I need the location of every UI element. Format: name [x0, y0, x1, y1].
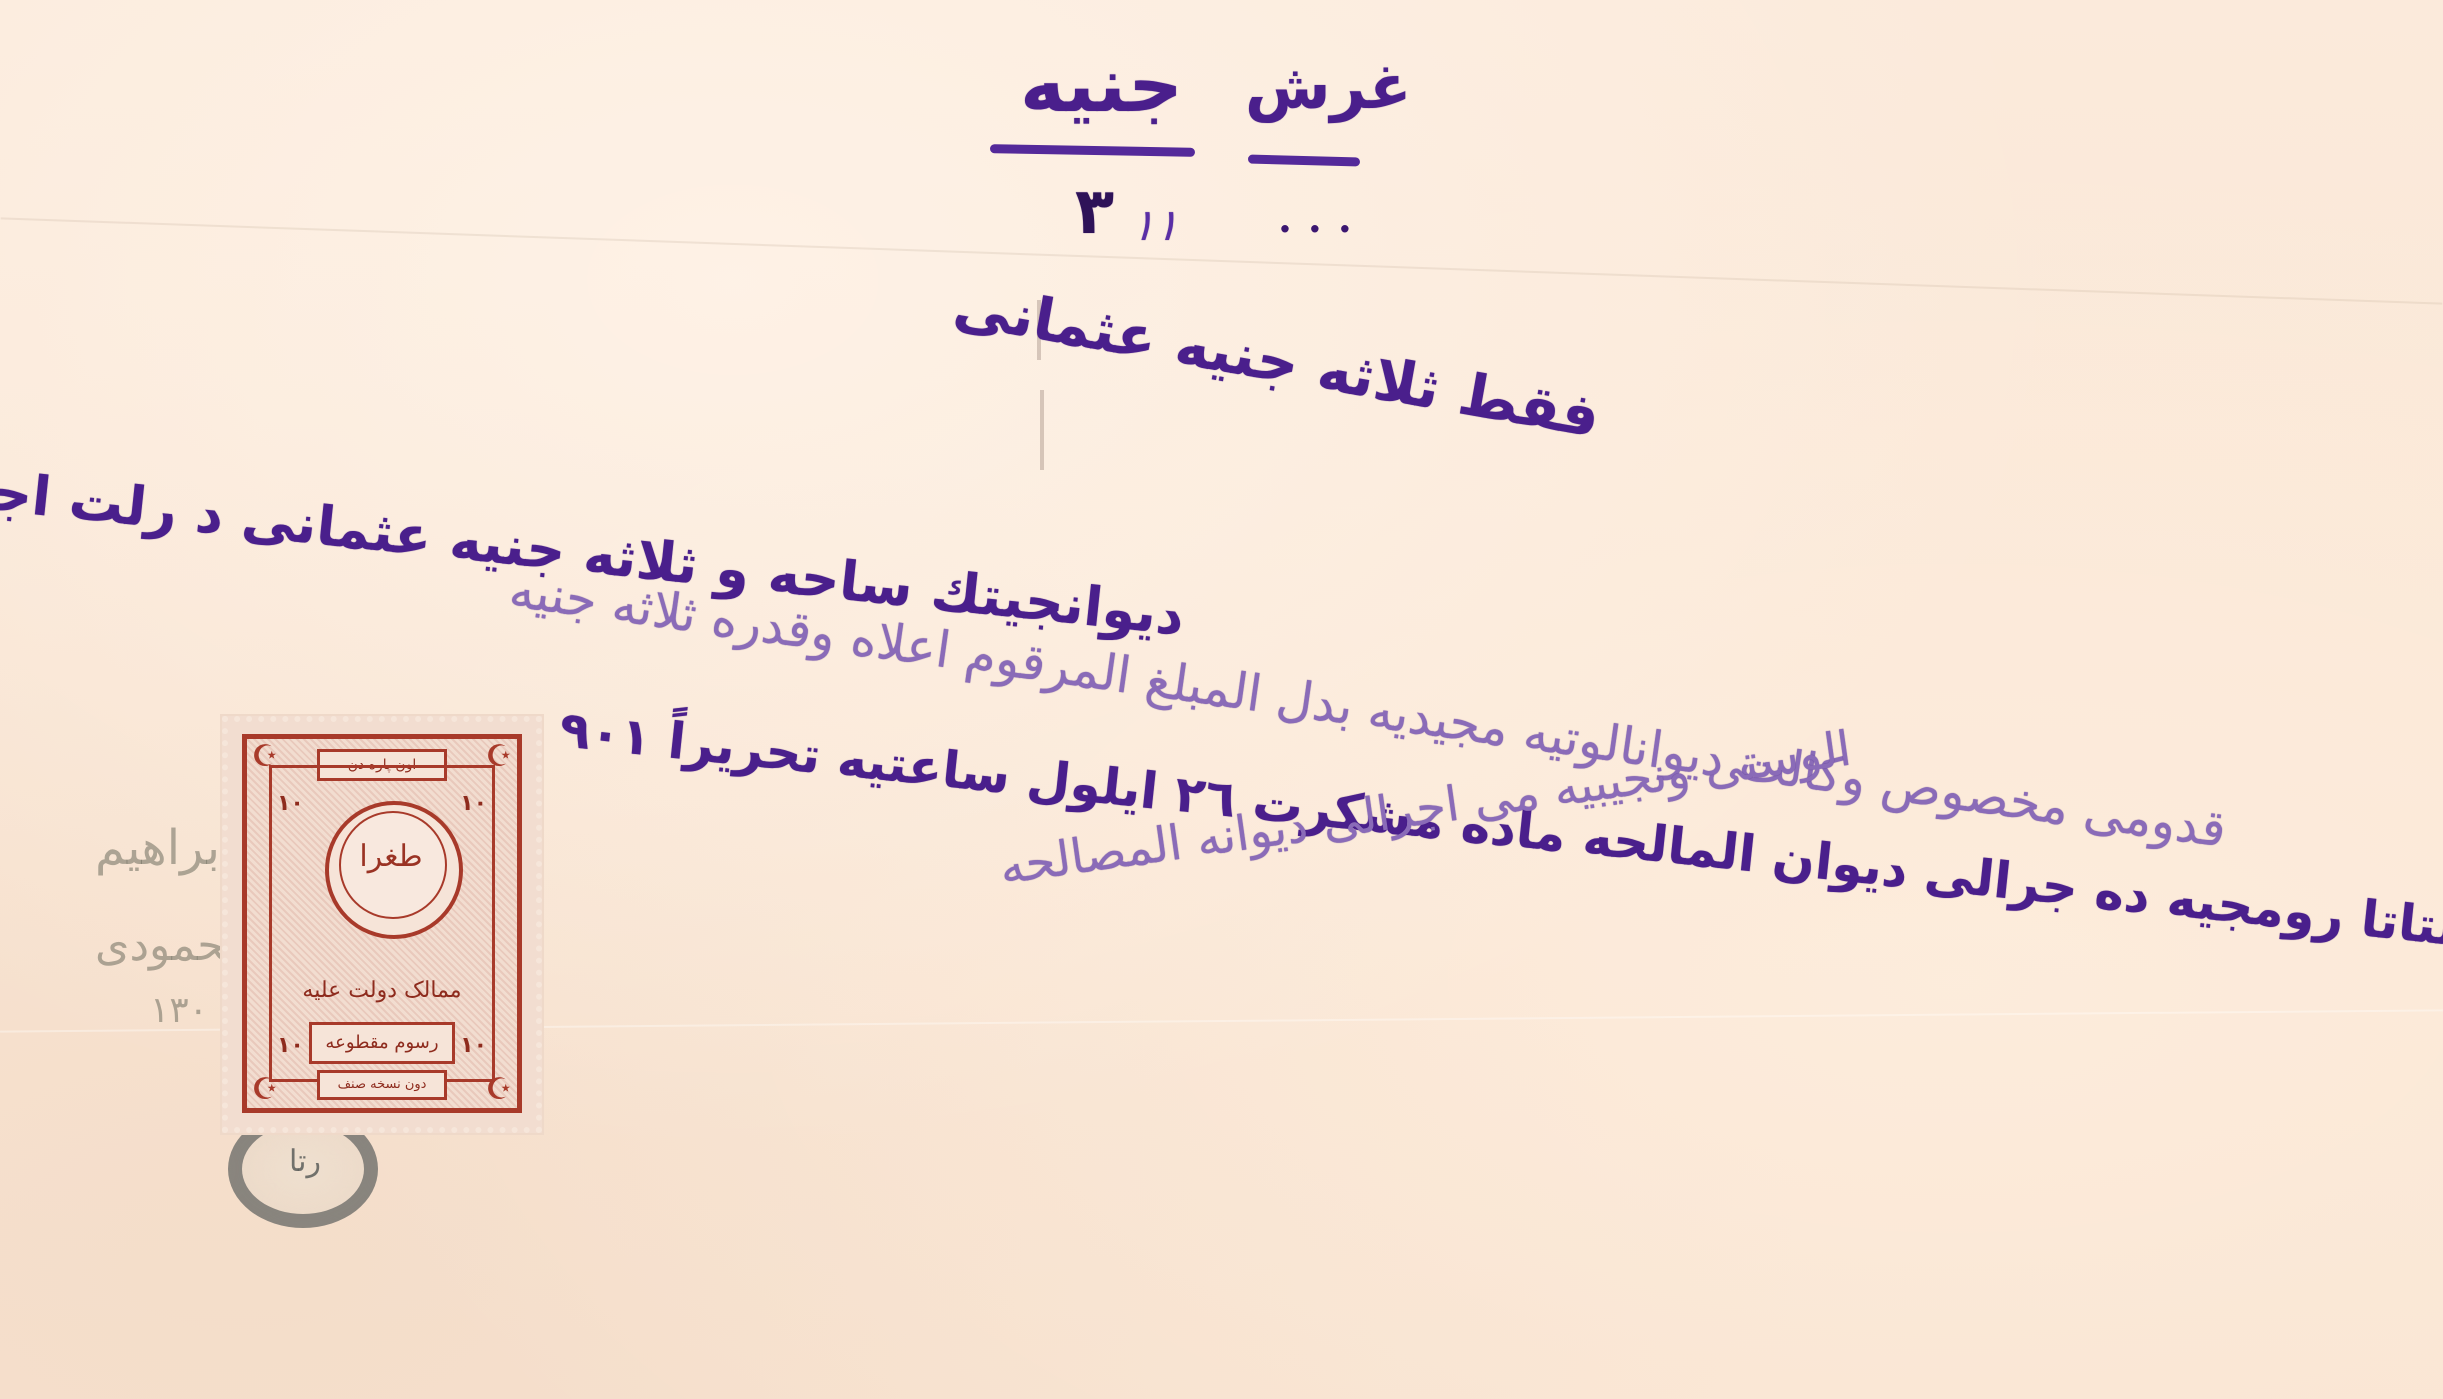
- stamp-value-top-left: ١٠: [277, 791, 304, 816]
- stamp-label: رسوم مقطوعه: [309, 1022, 455, 1064]
- stamp-border: ☪ ☪ ☪ ☪ اون پاره دن ١٠ ١٠ ١٠ ١٠ طغرا مما…: [242, 734, 522, 1113]
- header-amount-right: ...: [1278, 195, 1368, 242]
- paper-fiber: [1040, 390, 1044, 470]
- stamp-value-bottom-right: ١٠: [460, 1033, 487, 1058]
- stamp-bottom-band: دون نسخه صنف: [317, 1070, 447, 1100]
- seal-line-3: ١٣٠: [150, 990, 208, 1031]
- stamp-value-top-right: ١٠: [460, 791, 487, 816]
- header-left-label: جنيه: [1020, 40, 1183, 129]
- header-amount-left: ٣: [1075, 175, 1114, 249]
- revenue-stamp: ☪ ☪ ☪ ☪ اون پاره دن ١٠ ١٠ ١٠ ١٠ طغرا مما…: [222, 716, 542, 1133]
- stamp-value-bottom-left: ١٠: [277, 1033, 304, 1058]
- tughra-emblem: طغرا: [351, 839, 431, 899]
- stamp-center-text: ممالک دولت عليه عثمانيه: [287, 961, 477, 1021]
- postmark-text: رتا: [260, 1144, 350, 1179]
- header-right-label: غرش: [1245, 50, 1411, 123]
